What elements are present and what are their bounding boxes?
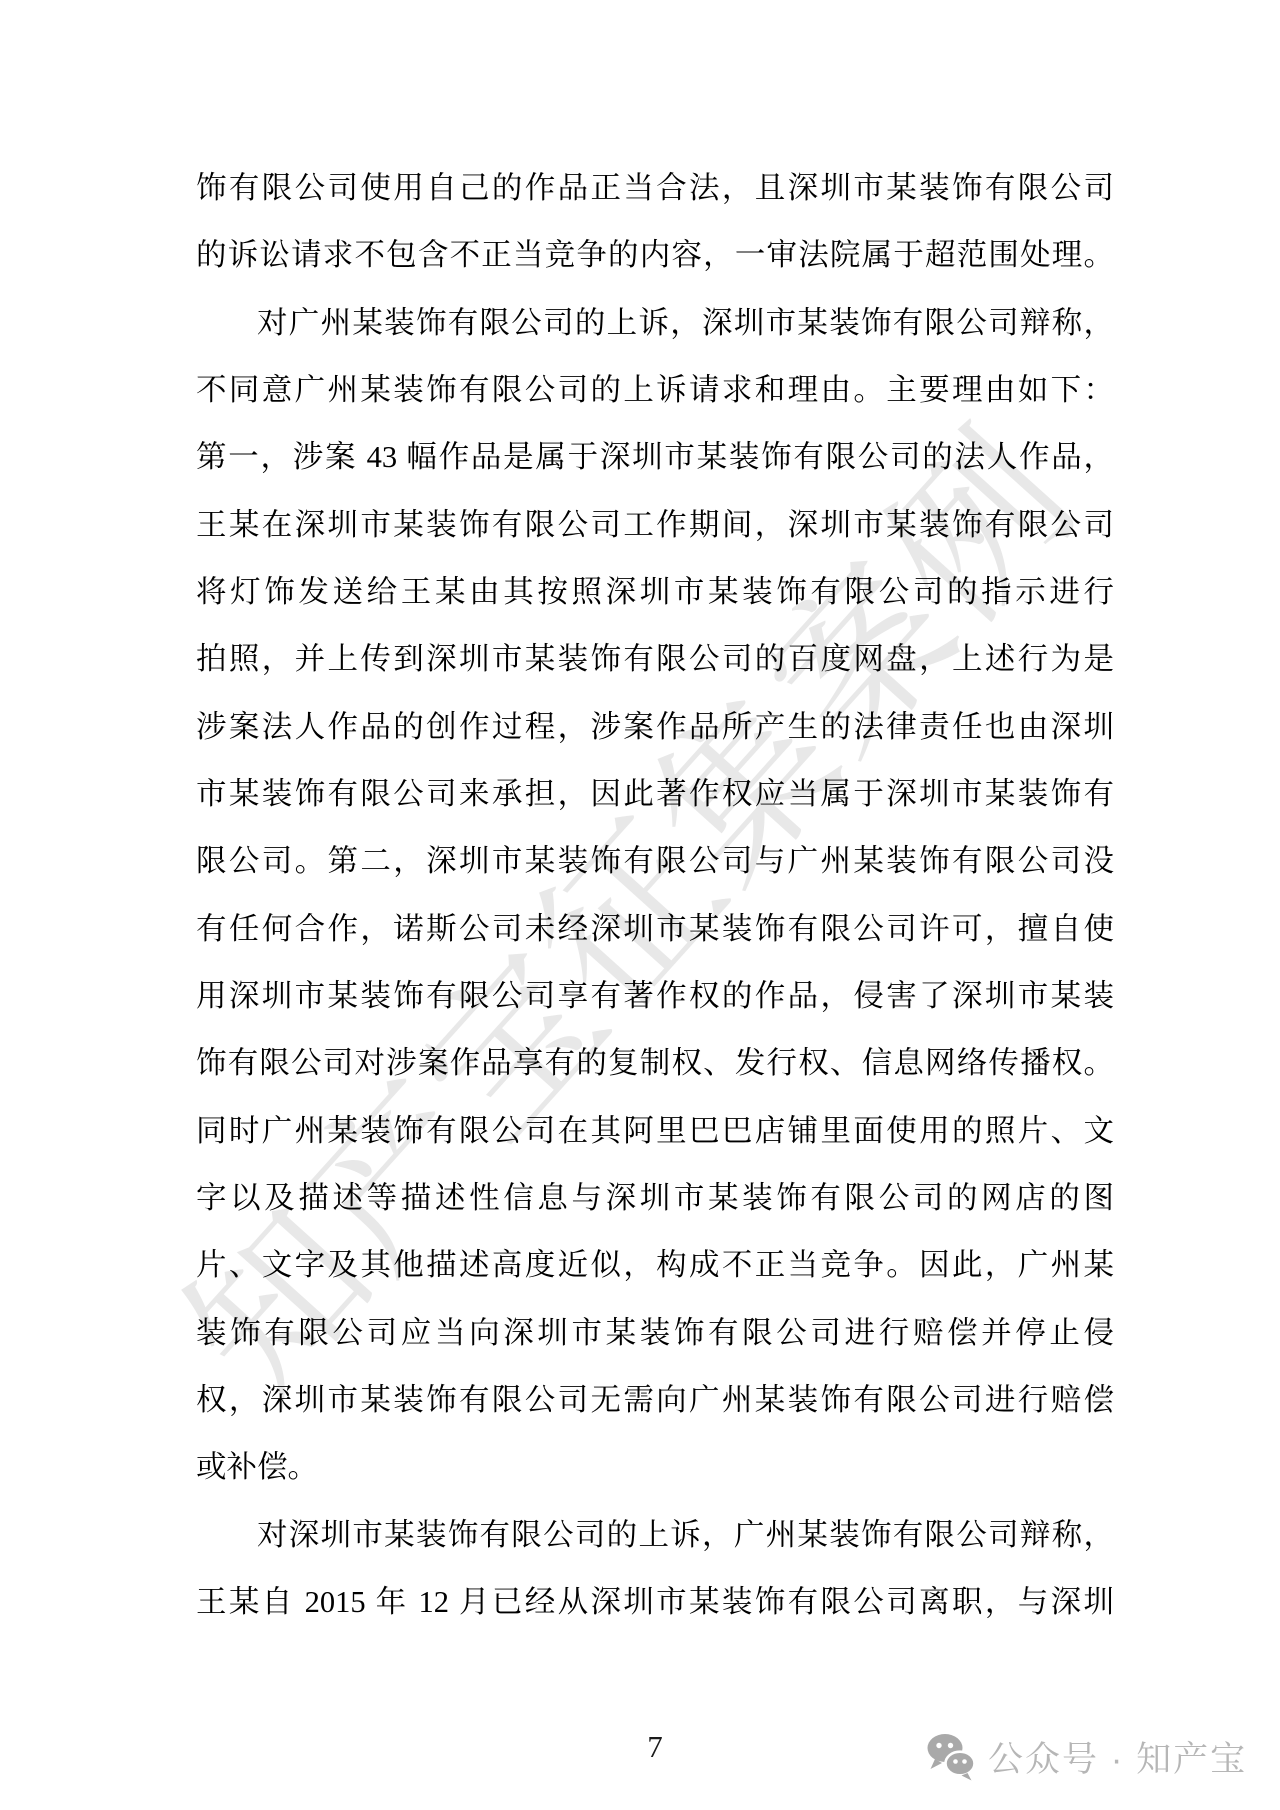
text-line: 限公司。第二，深圳市某装饰有限公司与广州某装饰有限公司没 [196,828,1114,895]
text-line: 将灯饰发送给王某由其按照深圳市某装饰有限公司的指示进行 [196,559,1114,626]
text-line: 对深圳市某装饰有限公司的上诉，广州某装饰有限公司辩称， [196,1502,1114,1569]
text-line: 的诉讼请求不包含不正当竞争的内容，一审法院属于超范围处理。 [196,222,1114,289]
text-line: 第一，涉案 43 幅作品是属于深圳市某装饰有限公司的法人作品， [196,424,1114,491]
text-line: 装饰有限公司应当向深圳市某装饰有限公司进行赔偿并停止侵 [196,1300,1114,1367]
text-line: 有任何合作，诺斯公司未经深圳市某装饰有限公司许可，擅自使 [196,896,1114,963]
text-line: 用深圳市某装饰有限公司享有著作权的作品，侵害了深圳市某装 [196,963,1114,1030]
text-line: 饰有限公司使用自己的作品正当合法，且深圳市某装饰有限公司 [196,155,1114,222]
text-line: 饰有限公司对涉案作品享有的复制权、发行权、信息网络传播权。 [196,1030,1114,1097]
text-line: 王某在深圳市某装饰有限公司工作期间，深圳市某装饰有限公司 [196,492,1114,559]
text-line: 不同意广州某装饰有限公司的上诉请求和理由。主要理由如下： [196,357,1114,424]
wechat-icon [926,1733,976,1781]
text-line: 权，深圳市某装饰有限公司无需向广州某装饰有限公司进行赔偿 [196,1367,1114,1434]
document-page: 知产宝征集案例 饰有限公司使用自己的作品正当合法，且深圳市某装饰有限公司 的诉讼… [0,0,1280,1810]
wechat-account-label: 公众号 · 知产宝 [988,1732,1247,1782]
text-line: 涉案法人作品的创作过程，涉案作品所产生的法律责任也由深圳 [196,694,1114,761]
document-body: 饰有限公司使用自己的作品正当合法，且深圳市某装饰有限公司 的诉讼请求不包含不正当… [196,155,1114,1636]
text-line: 或补偿。 [196,1434,1114,1501]
footer-brand: 公众号 · 知产宝 [926,1731,1247,1783]
text-line: 对广州某装饰有限公司的上诉，深圳市某装饰有限公司辩称， [196,290,1114,357]
text-line: 片、文字及其他描述高度近似，构成不正当竞争。因此，广州某 [196,1232,1114,1299]
text-line: 字以及描述等描述性信息与深圳市某装饰有限公司的网店的图 [196,1165,1114,1232]
text-line: 市某装饰有限公司来承担，因此著作权应当属于深圳市某装饰有 [196,761,1114,828]
text-line: 拍照，并上传到深圳市某装饰有限公司的百度网盘，上述行为是 [196,626,1114,693]
text-line: 王某自 2015 年 12 月已经从深圳市某装饰有限公司离职，与深圳 [196,1569,1114,1636]
text-line: 同时广州某装饰有限公司在其阿里巴巴店铺里面使用的照片、文 [196,1098,1114,1165]
